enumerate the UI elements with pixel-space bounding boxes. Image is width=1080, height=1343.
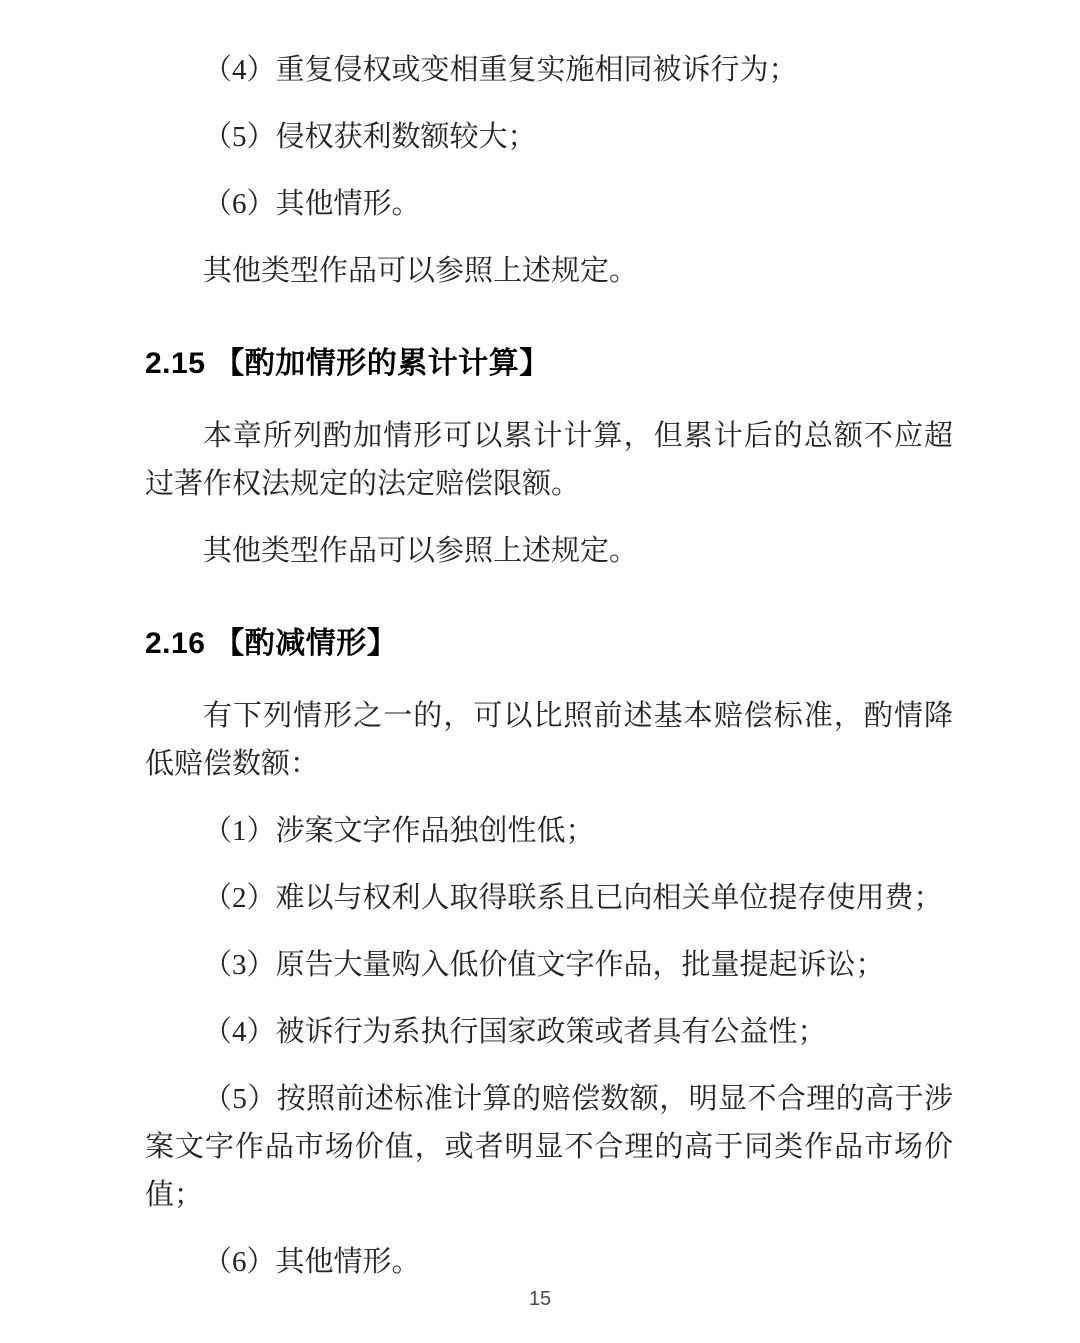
section-heading-2-16: 2.16 【酌减情形】 [145,594,953,668]
list-item-6-other-circumstances: （6）其他情形。 [145,180,953,228]
list-item-4-public-interest: （4）被诉行为系执行国家政策或者具有公益性； [145,1008,953,1056]
list-item-2-deposit-fee: （2）难以与权利人取得联系且已向相关单位提存使用费； [145,874,953,922]
paragraph-other-work-types-note-2: 其他类型作品可以参照上述规定。 [145,527,953,575]
list-item-6-other-circumstances-2: （6）其他情形。 [145,1238,953,1286]
list-item-3-bulk-litigation: （3）原告大量购入低价值文字作品，批量提起诉讼； [145,941,953,989]
section-heading-2-15: 2.15 【酌加情形的累计计算】 [145,314,953,388]
list-item-5-large-profit: （5）侵权获利数额较大； [145,113,953,161]
paragraph-2-16-intro: 有下列情形之一的，可以比照前述基本赔偿标准，酌情降低赔偿数额： [145,692,953,788]
paragraph-other-work-types-note-1: 其他类型作品可以参照上述规定。 [145,247,953,295]
list-item-4-repeat-infringement: （4）重复侵权或变相重复实施相同被诉行为； [145,46,953,94]
page-number: 15 [529,1288,551,1310]
page-footer: 15 [0,1284,1080,1314]
document-page: （4）重复侵权或变相重复实施相同被诉行为； （5）侵权获利数额较大； （6）其他… [0,0,1080,1343]
document-content: （4）重复侵权或变相重复实施相同被诉行为； （5）侵权获利数额较大； （6）其他… [145,46,953,1305]
list-item-5-excessive-amount: （5）按照前述标准计算的赔偿数额，明显不合理的高于涉案文字作品市场价值，或者明显… [145,1075,953,1219]
list-item-1-low-originality: （1）涉案文字作品独创性低； [145,807,953,855]
paragraph-2-15-body: 本章所列酌加情形可以累计计算，但累计后的总额不应超过著作权法规定的法定赔偿限额。 [145,412,953,508]
